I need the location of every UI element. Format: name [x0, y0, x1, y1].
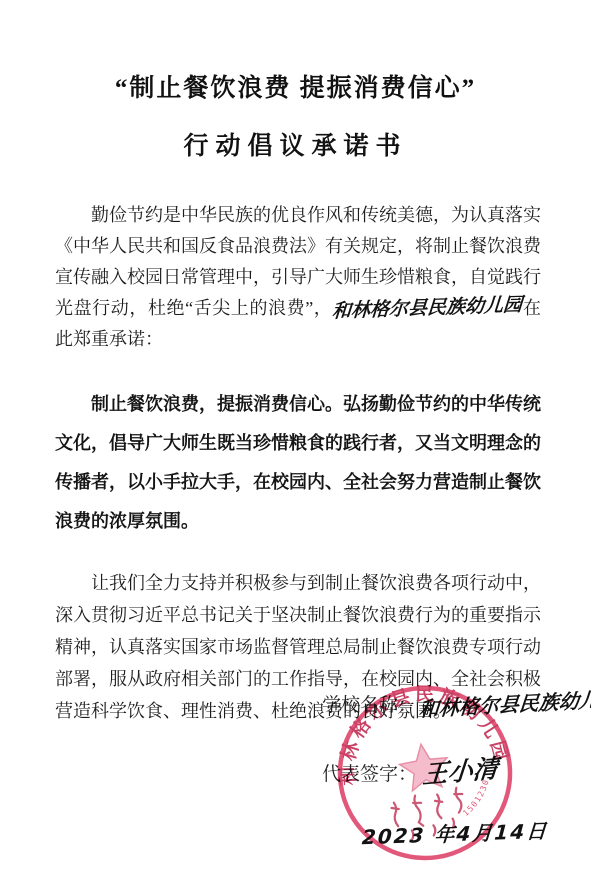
stamp-star-icon	[397, 741, 451, 792]
document-title: “制止餐饮浪费 提振消费信心”	[0, 68, 591, 104]
pledge-document: “制止餐饮浪费 提振消费信心” 行动倡议承诺书 勤俭节约是中华民族的优良作风和传…	[0, 0, 591, 886]
handwritten-school-name-inline: 和林格尔县民族幼儿园	[331, 290, 523, 328]
official-seal-stamp: 和林格尔县民族幼儿园 1501230017	[322, 670, 528, 876]
paragraph-pledge: 制止餐饮浪费，提振消费信心。弘扬勤俭节约的中华传统文化，倡导广大师生既当珍惜粮食…	[55, 385, 541, 541]
document-subtitle: 行动倡议承诺书	[0, 126, 591, 162]
mongolian-script-glyphs	[390, 787, 468, 842]
paragraph-intro: 勤俭节约是中华民族的优良作风和传统美德，为认真落实《中华人民共和国反食品浪费法》…	[55, 200, 541, 355]
